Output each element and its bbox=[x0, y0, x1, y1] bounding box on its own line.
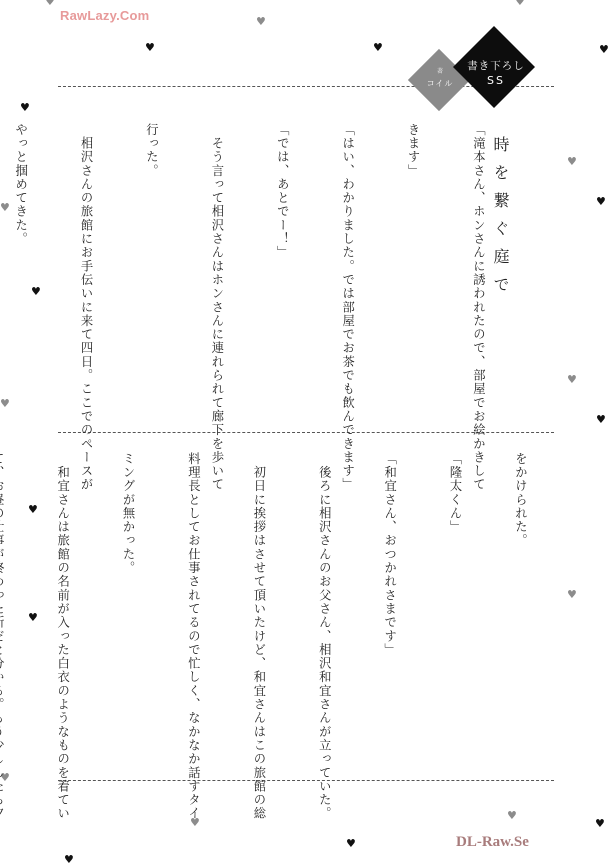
text-line: 「和宜さん、おつかれさまです」 bbox=[378, 452, 400, 762]
watermark-bottom: DL-Raw.Se bbox=[456, 834, 529, 851]
heart-icon: ♥ bbox=[596, 196, 606, 207]
text-line: 「はい、わかりました。では部屋でお茶でも飲んできます」 bbox=[336, 123, 358, 385]
text-line: 「では、あとでー！」 bbox=[270, 123, 292, 385]
watermark-top: RawLazy.Com bbox=[60, 8, 149, 23]
heart-icon: ♥ bbox=[145, 42, 155, 53]
ss-label: 書き下ろし bbox=[464, 58, 528, 73]
story-text-bottom: をかけられた。 「隆太くん」 「和宜さん、おつかれさまです」 後ろに相沢さんのお… bbox=[0, 452, 574, 762]
divider-bottom bbox=[58, 780, 554, 781]
text-line: 料理長としてお仕事されてるので忙しく、なかなか話すタイ bbox=[182, 452, 204, 762]
author-prefix: 著 bbox=[412, 68, 468, 76]
heart-icon: ♥ bbox=[507, 810, 517, 821]
story-text-top: 「滝本さん、ホンさんに誘われたので、部屋でお絵かきして きます」 「はい、わかり… bbox=[0, 123, 532, 385]
heart-icon: ♥ bbox=[20, 102, 30, 113]
ss-label-sub: SS bbox=[464, 74, 528, 87]
text-line: そう言って相沢さんはホンさんに連れられて廊下を歩いて bbox=[205, 123, 227, 385]
heart-icon: ♥ bbox=[0, 398, 10, 409]
text-line: 初日に挨拶はさせて頂いたけど、和宜さんはこの旅館の総 bbox=[247, 452, 269, 762]
text-line: ミングが無かった。 bbox=[116, 452, 138, 762]
text-line: 相沢さんの旅館にお手伝いに来て四日。ここでのペースが bbox=[74, 123, 96, 385]
heart-icon: ♥ bbox=[45, 0, 55, 7]
heart-icon: ♥ bbox=[373, 42, 383, 53]
text-line: 行った。 bbox=[140, 123, 162, 385]
author-name: コイル bbox=[412, 78, 468, 89]
text-line: きます」 bbox=[401, 123, 423, 385]
heart-icon: ♥ bbox=[567, 374, 577, 385]
text-line: やっと掴めてきた。 bbox=[9, 123, 31, 385]
text-line: をかけられた。 bbox=[509, 452, 531, 762]
heart-icon: ♥ bbox=[515, 0, 525, 7]
text-line: 「滝本さん、ホンさんに誘われたので、部屋でお絵かきして bbox=[467, 123, 489, 385]
text-line: 和宜さんは旅館の名前が入った白衣のようなものを着てい bbox=[51, 452, 73, 762]
text-line: て、お昼の仕事が終わった所だと分かる。もう少ししたら夕 bbox=[0, 452, 7, 762]
text-line: 「隆太くん」 bbox=[443, 452, 465, 762]
heart-icon: ♥ bbox=[64, 854, 74, 864]
heart-icon: ♥ bbox=[256, 16, 266, 27]
text-line: 後ろに相沢さんのお父さん、相沢和宜さんが立っていた。 bbox=[312, 452, 334, 762]
heart-icon: ♥ bbox=[346, 838, 356, 849]
heart-icon: ♥ bbox=[596, 414, 606, 425]
heart-icon: ♥ bbox=[595, 818, 605, 829]
heart-icon: ♥ bbox=[599, 44, 608, 55]
heart-icon: ♥ bbox=[567, 156, 577, 167]
